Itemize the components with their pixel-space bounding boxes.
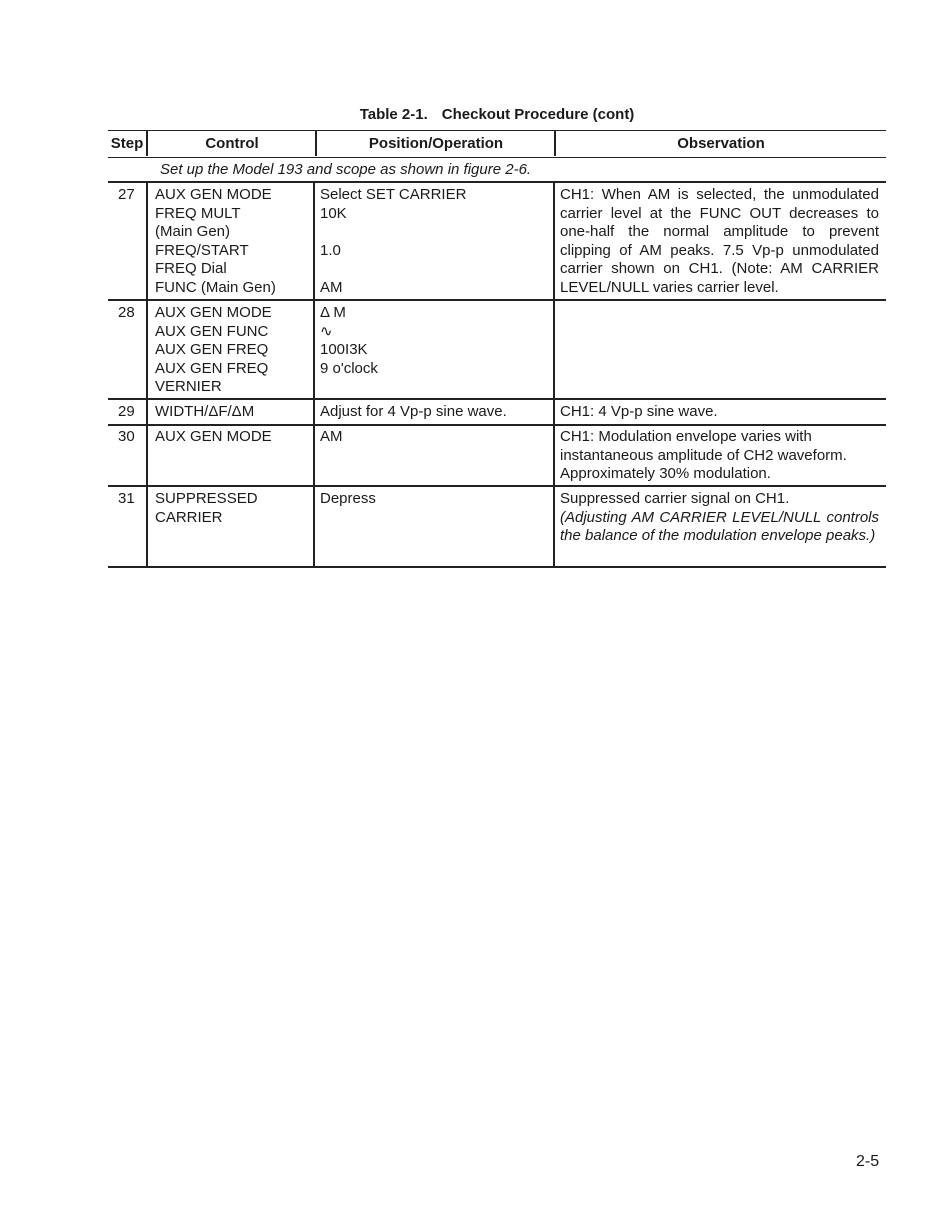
position-cell: Adjust for 4 Vp-p sine wave. — [320, 403, 507, 422]
header-step: Step — [108, 135, 146, 152]
step-number: 30 — [118, 428, 135, 447]
divider — [315, 130, 317, 156]
table-number: Table 2-1. — [360, 106, 428, 123]
divider — [146, 181, 148, 567]
step-number: 27 — [118, 186, 135, 205]
table-header: Step Control Position/Operation Observat… — [108, 130, 886, 158]
table-caption: Checkout Procedure (cont) — [442, 106, 635, 123]
observation-note: (Adjusting AM CARRIER LEVEL/NULL control… — [560, 509, 879, 545]
step-number: 28 — [118, 304, 135, 323]
row-rule — [108, 398, 886, 400]
row-rule — [108, 299, 886, 301]
observation-cell: CH1: When AM is selected, the unmodulate… — [560, 186, 879, 297]
setup-note: Set up the Model 193 and scope as shown … — [160, 161, 531, 178]
control-cell: AUX GEN MODE FREQ MULT (Main Gen) FREQ/S… — [155, 186, 276, 297]
row-rule — [108, 424, 886, 426]
step-number: 29 — [118, 403, 135, 422]
control-cell: AUX GEN MODE AUX GEN FUNC AUX GEN FREQ A… — [155, 304, 272, 397]
observation-cell: Suppressed carrier signal on CH1. (Adjus… — [560, 490, 879, 546]
divider — [313, 181, 315, 567]
control-cell: AUX GEN MODE — [155, 428, 272, 447]
observation-cell: CH1: 4 Vp-p sine wave. — [560, 403, 718, 422]
table-title: Table 2-1.Checkout Procedure (cont) — [0, 106, 950, 123]
divider — [146, 130, 148, 156]
position-cell: Depress — [320, 490, 376, 509]
step-number: 31 — [118, 490, 135, 509]
control-cell: WIDTH/ΔF/ΔM — [155, 403, 254, 422]
divider — [553, 181, 555, 567]
divider — [554, 130, 556, 156]
header-position: Position/Operation — [316, 135, 556, 152]
header-control: Control — [148, 135, 316, 152]
observation-cell: CH1: Modulation envelope varies with ins… — [560, 428, 880, 484]
header-observation: Observation — [556, 135, 886, 152]
row-rule — [108, 181, 886, 183]
control-cell: SUPPRESSED CARRIER — [155, 490, 258, 527]
position-cell: Select SET CARRIER 10K 1.0 AM — [320, 186, 466, 297]
position-cell: Δ M ∿ 100I3K 9 o'clock — [320, 304, 378, 378]
row-rule — [108, 566, 886, 568]
page-number: 2-5 — [856, 1153, 879, 1171]
position-cell: AM — [320, 428, 343, 447]
row-rule — [108, 485, 886, 487]
observation-main: Suppressed carrier signal on CH1. — [560, 490, 789, 507]
